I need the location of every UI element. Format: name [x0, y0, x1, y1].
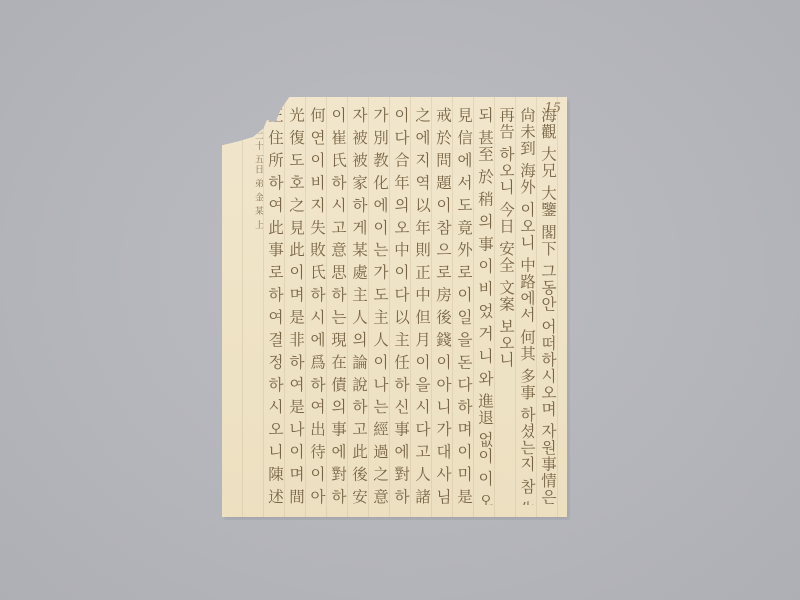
text-column: 尙未到 海外 이오니 中路에서 何其 多事 하셨는지 참 生不如死 이구 — [517, 107, 536, 505]
text-column: 何 연 이 비 지 失 敗 氏 하 시 에 爲 하 여 出 待 이 아 니 하 … — [307, 107, 326, 505]
text-column: 戒 於 問 題 이 참 으 로 房 後 錢 이 아 니 가 대 사 님 에 大 … — [433, 107, 452, 505]
text-column: 가 別 教 化 에 이 는 가 도 主 人 이 나 는 經 過 之 意 은 表 … — [370, 107, 389, 505]
date-signature: 七月 二十 五日 弟 金 某 上 — [253, 107, 263, 505]
text-column: 이 崔 氏 하 시 고 意 思 하 는 現 在 債 의 事 에 對 하 여 는 … — [328, 107, 347, 505]
text-column: 되 甚至 於 稍 의 事 이 비 었 거 니 와 進退 없이 이 오 — [475, 107, 494, 505]
text-column: 見 信 에 서 도 竟 外 로 이 일 을 돈 다 하 며 이 미 是 同 爲 … — [454, 107, 473, 505]
text-column: 之 에 지 역 以 年 則 正 中 但 月 이 을 시 다 고 人 諸 位 의 … — [412, 107, 431, 505]
text-columns: 海觀 大兄 大鑒 閣下 그동안 어떠하시오며 자원事情은 이사이 어떠하시온지 … — [230, 107, 557, 505]
text-column: 光 復 도 호 之 見 此 이 며 是 非 하 여 是 나 이 며 間 決 戒 — [286, 107, 305, 505]
text-column: 이 다 合 年 의 오 中 이 다 以 主 任 하 신 事 에 對 하 여 最 … — [391, 107, 410, 505]
text-column: 再告 하오니 今日 安全 文案 보오니 — [496, 107, 515, 505]
text-column: 자 被 被 家 하 게 某 處 主 人 의 論 說 하 고 此 後 安 居 — [349, 107, 368, 505]
text-column: 王 住 所 하 여 此 事 로 하 여 결 정 하 시 오 니 陳 述 하 오 — [265, 107, 284, 505]
text-column: 海觀 大兄 大鑒 閣下 그동안 어떠하시오며 자원事情은 이사이 어떠하시온지 — [538, 107, 557, 505]
letter-page: 15 海觀 大兄 大鑒 閣下 그동안 어떠하시오며 자원事情은 이사이 어떠하시… — [222, 97, 567, 517]
